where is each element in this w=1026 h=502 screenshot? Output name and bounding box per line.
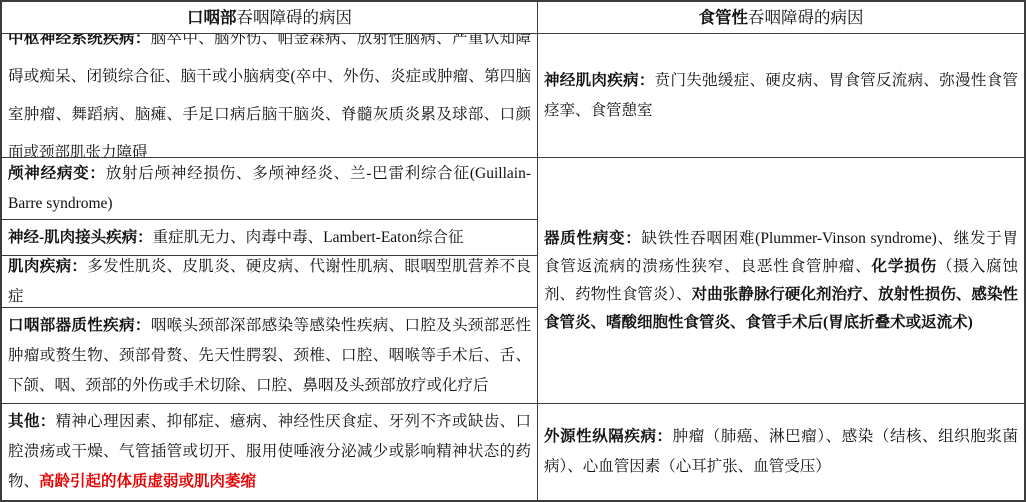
header-oropharyngeal-causes: 口咽部吞咽障碍的病因 xyxy=(2,2,538,34)
header-esophageal-causes: 食管性吞咽障碍的病因 xyxy=(538,2,1024,34)
cell-oropharyngeal-organic-disease: 口咽部器质性疾病：咽喉头颈部深部感染等感染性疾病、口腔及头颈部恶性肿瘤或赘生物、… xyxy=(2,308,538,404)
cell-central-nervous-system-disease: 中枢神经系统疾病：脑卒中、脑外伤、帕金森病、放射性脑病、严重认知障碍或痴呆、闭锁… xyxy=(2,34,538,158)
cell-cranial-nerve-lesion: 颅神经病变：放射后颅神经损伤、多颅神经炎、兰-巴雷利综合征(Guillain-B… xyxy=(2,158,538,220)
cell-extrinsic-mediastinal-disease: 外源性纵隔疾病：肿瘤（肺癌、淋巴瘤）、感染（结核、组织胞浆菌病）、心血管因素（心… xyxy=(538,404,1024,500)
header-esophageal-text: 食管性吞咽障碍的病因 xyxy=(544,4,1018,32)
cell-organic-lesion: 器质性病变：缺铁性吞咽困难(Plummer-Vinson syndrome)、继… xyxy=(538,158,1024,404)
cell-neuromuscular-junction-disease: 神经-肌肉接头疾病：重症肌无力、肉毒中毒、Lambert-Eaton综合征 xyxy=(2,220,538,256)
cell-oropharyngeal-organic-text: 口咽部器质性疾病：咽喉头颈部深部感染等感染性疾病、口腔及头颈部恶性肿瘤或赘生物、… xyxy=(8,311,531,401)
cell-neuromuscular-disease: 神经肌肉疾病：贲门失弛缓症、硬皮病、胃食管反流病、弥漫性食管痉挛、食管憩室 xyxy=(538,34,1024,158)
cell-other-causes: 其他：精神心理因素、抑郁症、癔病、神经性厌食症、牙列不齐或缺齿、口腔溃疡或干燥、… xyxy=(2,404,538,500)
cell-other-causes-text: 其他：精神心理因素、抑郁症、癔病、神经性厌食症、牙列不齐或缺齿、口腔溃疡或干燥、… xyxy=(8,407,531,497)
cell-cranial-nerve-text: 颅神经病变：放射后颅神经损伤、多颅神经炎、兰-巴雷利综合征(Guillain-B… xyxy=(8,159,531,219)
cell-neuromuscular-junction-text: 神经-肌肉接头疾病：重症肌无力、肉毒中毒、Lambert-Eaton综合征 xyxy=(8,223,531,253)
cell-organic-lesion-text: 器质性病变：缺铁性吞咽困难(Plummer-Vinson syndrome)、继… xyxy=(544,225,1018,337)
dysphagia-causes-table: 口咽部吞咽障碍的病因 食管性吞咽障碍的病因 中枢神经系统疾病：脑卒中、脑外伤、帕… xyxy=(0,0,1026,502)
cell-muscle-disease: 肌肉疾病：多发性肌炎、皮肌炎、硬皮病、代谢性肌病、眼咽型肌营养不良症 xyxy=(2,256,538,308)
cell-neuromuscular-disease-text: 神经肌肉疾病：贲门失弛缓症、硬皮病、胃食管反流病、弥漫性食管痉挛、食管憩室 xyxy=(544,66,1018,126)
cell-central-nervous-system-text: 中枢神经系统疾病：脑卒中、脑外伤、帕金森病、放射性脑病、严重认知障碍或痴呆、闭锁… xyxy=(8,34,531,158)
cell-muscle-disease-text: 肌肉疾病：多发性肌炎、皮肌炎、硬皮病、代谢性肌病、眼咽型肌营养不良症 xyxy=(8,256,531,308)
header-oropharyngeal-text: 口咽部吞咽障碍的病因 xyxy=(8,4,531,32)
cell-extrinsic-mediastinal-text: 外源性纵隔疾病：肿瘤（肺癌、淋巴瘤）、感染（结核、组织胞浆菌病）、心血管因素（心… xyxy=(544,422,1018,482)
